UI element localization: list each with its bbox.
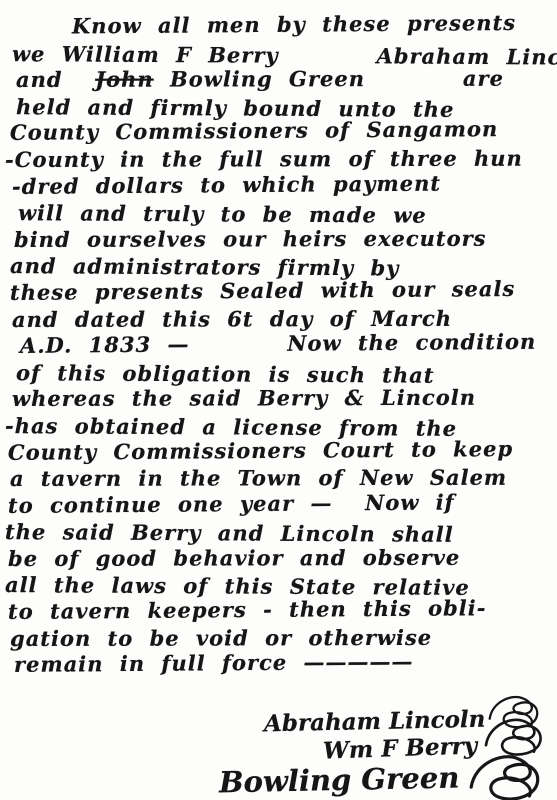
handwritten-line: County Commissioners of Sangamon [0, 116, 557, 147]
line-text: to tavern keepers - then this obli- [8, 595, 487, 624]
line-text: and dated this 6t day of March [12, 305, 452, 331]
handwritten-line: these presents Sealed with our seals [0, 276, 557, 307]
line-text: remain in full force ————— [14, 649, 414, 677]
handwritten-line: bind ourselves our heirs executors [0, 225, 557, 253]
handwritten-line: and John Bowling Green are [0, 66, 557, 94]
line-text: a tavern in the Town of New Salem [10, 465, 507, 491]
line-text: will and truly to be made we [18, 200, 427, 227]
line-text: -dred dollars to which payment [12, 170, 441, 198]
seal-scribble-icon [462, 748, 547, 800]
handwritten-line: County Commissioners Court to keep [0, 435, 557, 466]
line-text: be of good behavior and observe [8, 545, 460, 571]
handwritten-line: whereas the said Berry & Lincoln [0, 385, 557, 413]
handwritten-line: Know all men by these presents [0, 10, 557, 41]
handwritten-line: to continue one year — Now if [0, 488, 557, 519]
line-text: to continue one year — Now if [8, 489, 455, 518]
line-text: -County in the full sum of three hun [5, 146, 523, 172]
line-text: County Commissioners Court to keep [8, 435, 513, 464]
line-text: of this obligation is such that [16, 360, 435, 388]
line-text: bind ourselves our heirs executors [14, 225, 487, 251]
signature-name: Bowling Green [218, 760, 459, 799]
handwritten-line: be of good behavior and observe [0, 544, 557, 572]
document-lines: Know all men by these presentswe William… [0, 0, 557, 679]
handwritten-line: A.D. 1833 — Now the condition [0, 329, 557, 360]
handwritten-line: remain in full force ————— [0, 648, 557, 679]
line-text: these presents Sealed with our seals [10, 276, 515, 305]
line-text: Bowling Green are [154, 66, 504, 92]
struck-word: John [95, 67, 154, 92]
line-text: gation to be void or otherwise [10, 625, 432, 651]
line-text: County Commissioners of Sangamon [10, 116, 498, 145]
line-text: whereas the said Berry & Lincoln [12, 385, 476, 411]
scanned-document-page: Know all men by these presentswe William… [0, 0, 557, 800]
line-text: the said Berry and Lincoln shall [5, 519, 454, 547]
signature-block: Abraham Lincoln Wm F Berry Bowling Green [219, 708, 547, 796]
handwritten-line: -dred dollars to which payment [0, 169, 557, 200]
line-text: A.D. 1833 — Now the condition [20, 329, 536, 358]
line-text: and [16, 67, 95, 92]
line-text: Know all men by these presents [72, 10, 516, 38]
signature-bowling-green: Bowling Green [218, 759, 547, 800]
handwritten-line: to tavern keepers - then this obli- [0, 595, 557, 626]
